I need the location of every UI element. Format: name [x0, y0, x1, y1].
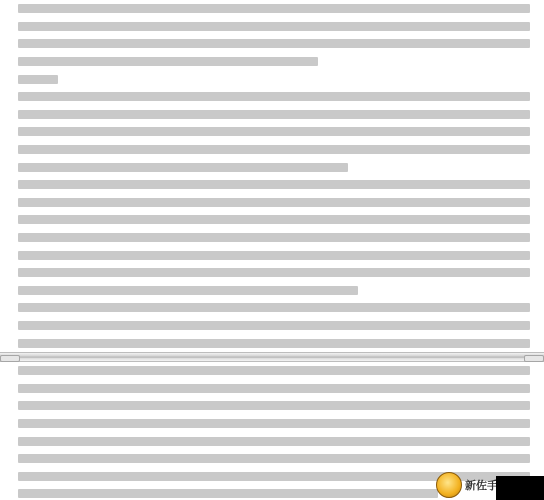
- pane-divider[interactable]: [0, 352, 544, 362]
- divider-handle-right[interactable]: [524, 355, 544, 362]
- text-line: [18, 176, 544, 194]
- text-line: [18, 432, 544, 450]
- text-line: [18, 229, 544, 247]
- text-line: [18, 317, 544, 335]
- text-line: [18, 450, 544, 468]
- text-line-placeholder: [18, 286, 358, 295]
- text-line-placeholder: [18, 489, 438, 498]
- text-line: [18, 246, 544, 264]
- text-line-placeholder: [18, 4, 530, 13]
- text-line-placeholder: [18, 145, 530, 154]
- text-line: [18, 299, 544, 317]
- watermark-logo-icon: [436, 472, 462, 498]
- text-line-placeholder: [18, 39, 530, 48]
- text-line: [18, 264, 544, 282]
- text-line: [18, 35, 544, 53]
- text-line: [18, 0, 544, 18]
- text-line-placeholder: [18, 303, 530, 312]
- text-line: [18, 53, 544, 71]
- divider-handle-left[interactable]: [0, 355, 20, 362]
- text-line-placeholder: [18, 401, 530, 410]
- text-line: [18, 141, 544, 159]
- text-line: [18, 282, 544, 300]
- text-line-placeholder: [18, 127, 530, 136]
- text-line: [18, 158, 544, 176]
- text-line-placeholder: [18, 215, 530, 224]
- text-line-placeholder: [18, 180, 530, 189]
- text-line: [18, 70, 544, 88]
- text-line: [18, 362, 544, 380]
- text-line-placeholder: [18, 437, 530, 446]
- text-pane-top: [0, 0, 544, 352]
- text-line-placeholder: [18, 198, 530, 207]
- text-line-placeholder: [18, 75, 58, 84]
- text-line: [18, 415, 544, 433]
- text-line: [18, 211, 544, 229]
- text-line: [18, 334, 544, 352]
- text-line-placeholder: [18, 251, 530, 260]
- corner-block: [496, 476, 544, 500]
- text-line-placeholder: [18, 92, 530, 101]
- text-line: [18, 106, 544, 124]
- text-line-placeholder: [18, 384, 530, 393]
- text-line-placeholder: [18, 110, 530, 119]
- text-line: [18, 18, 544, 36]
- text-line-placeholder: [18, 366, 530, 375]
- text-line-placeholder: [18, 57, 318, 66]
- text-line-placeholder: [18, 339, 530, 348]
- text-line-placeholder: [18, 233, 530, 242]
- text-line: [18, 397, 544, 415]
- text-line-placeholder: [18, 321, 530, 330]
- text-line-placeholder: [18, 454, 530, 463]
- text-line: [18, 380, 544, 398]
- text-line-placeholder: [18, 268, 530, 277]
- text-line-placeholder: [18, 163, 348, 172]
- text-line: [18, 123, 544, 141]
- text-line: [18, 194, 544, 212]
- text-line-placeholder: [18, 419, 530, 428]
- text-line-placeholder: [18, 22, 530, 31]
- text-line: [18, 88, 544, 106]
